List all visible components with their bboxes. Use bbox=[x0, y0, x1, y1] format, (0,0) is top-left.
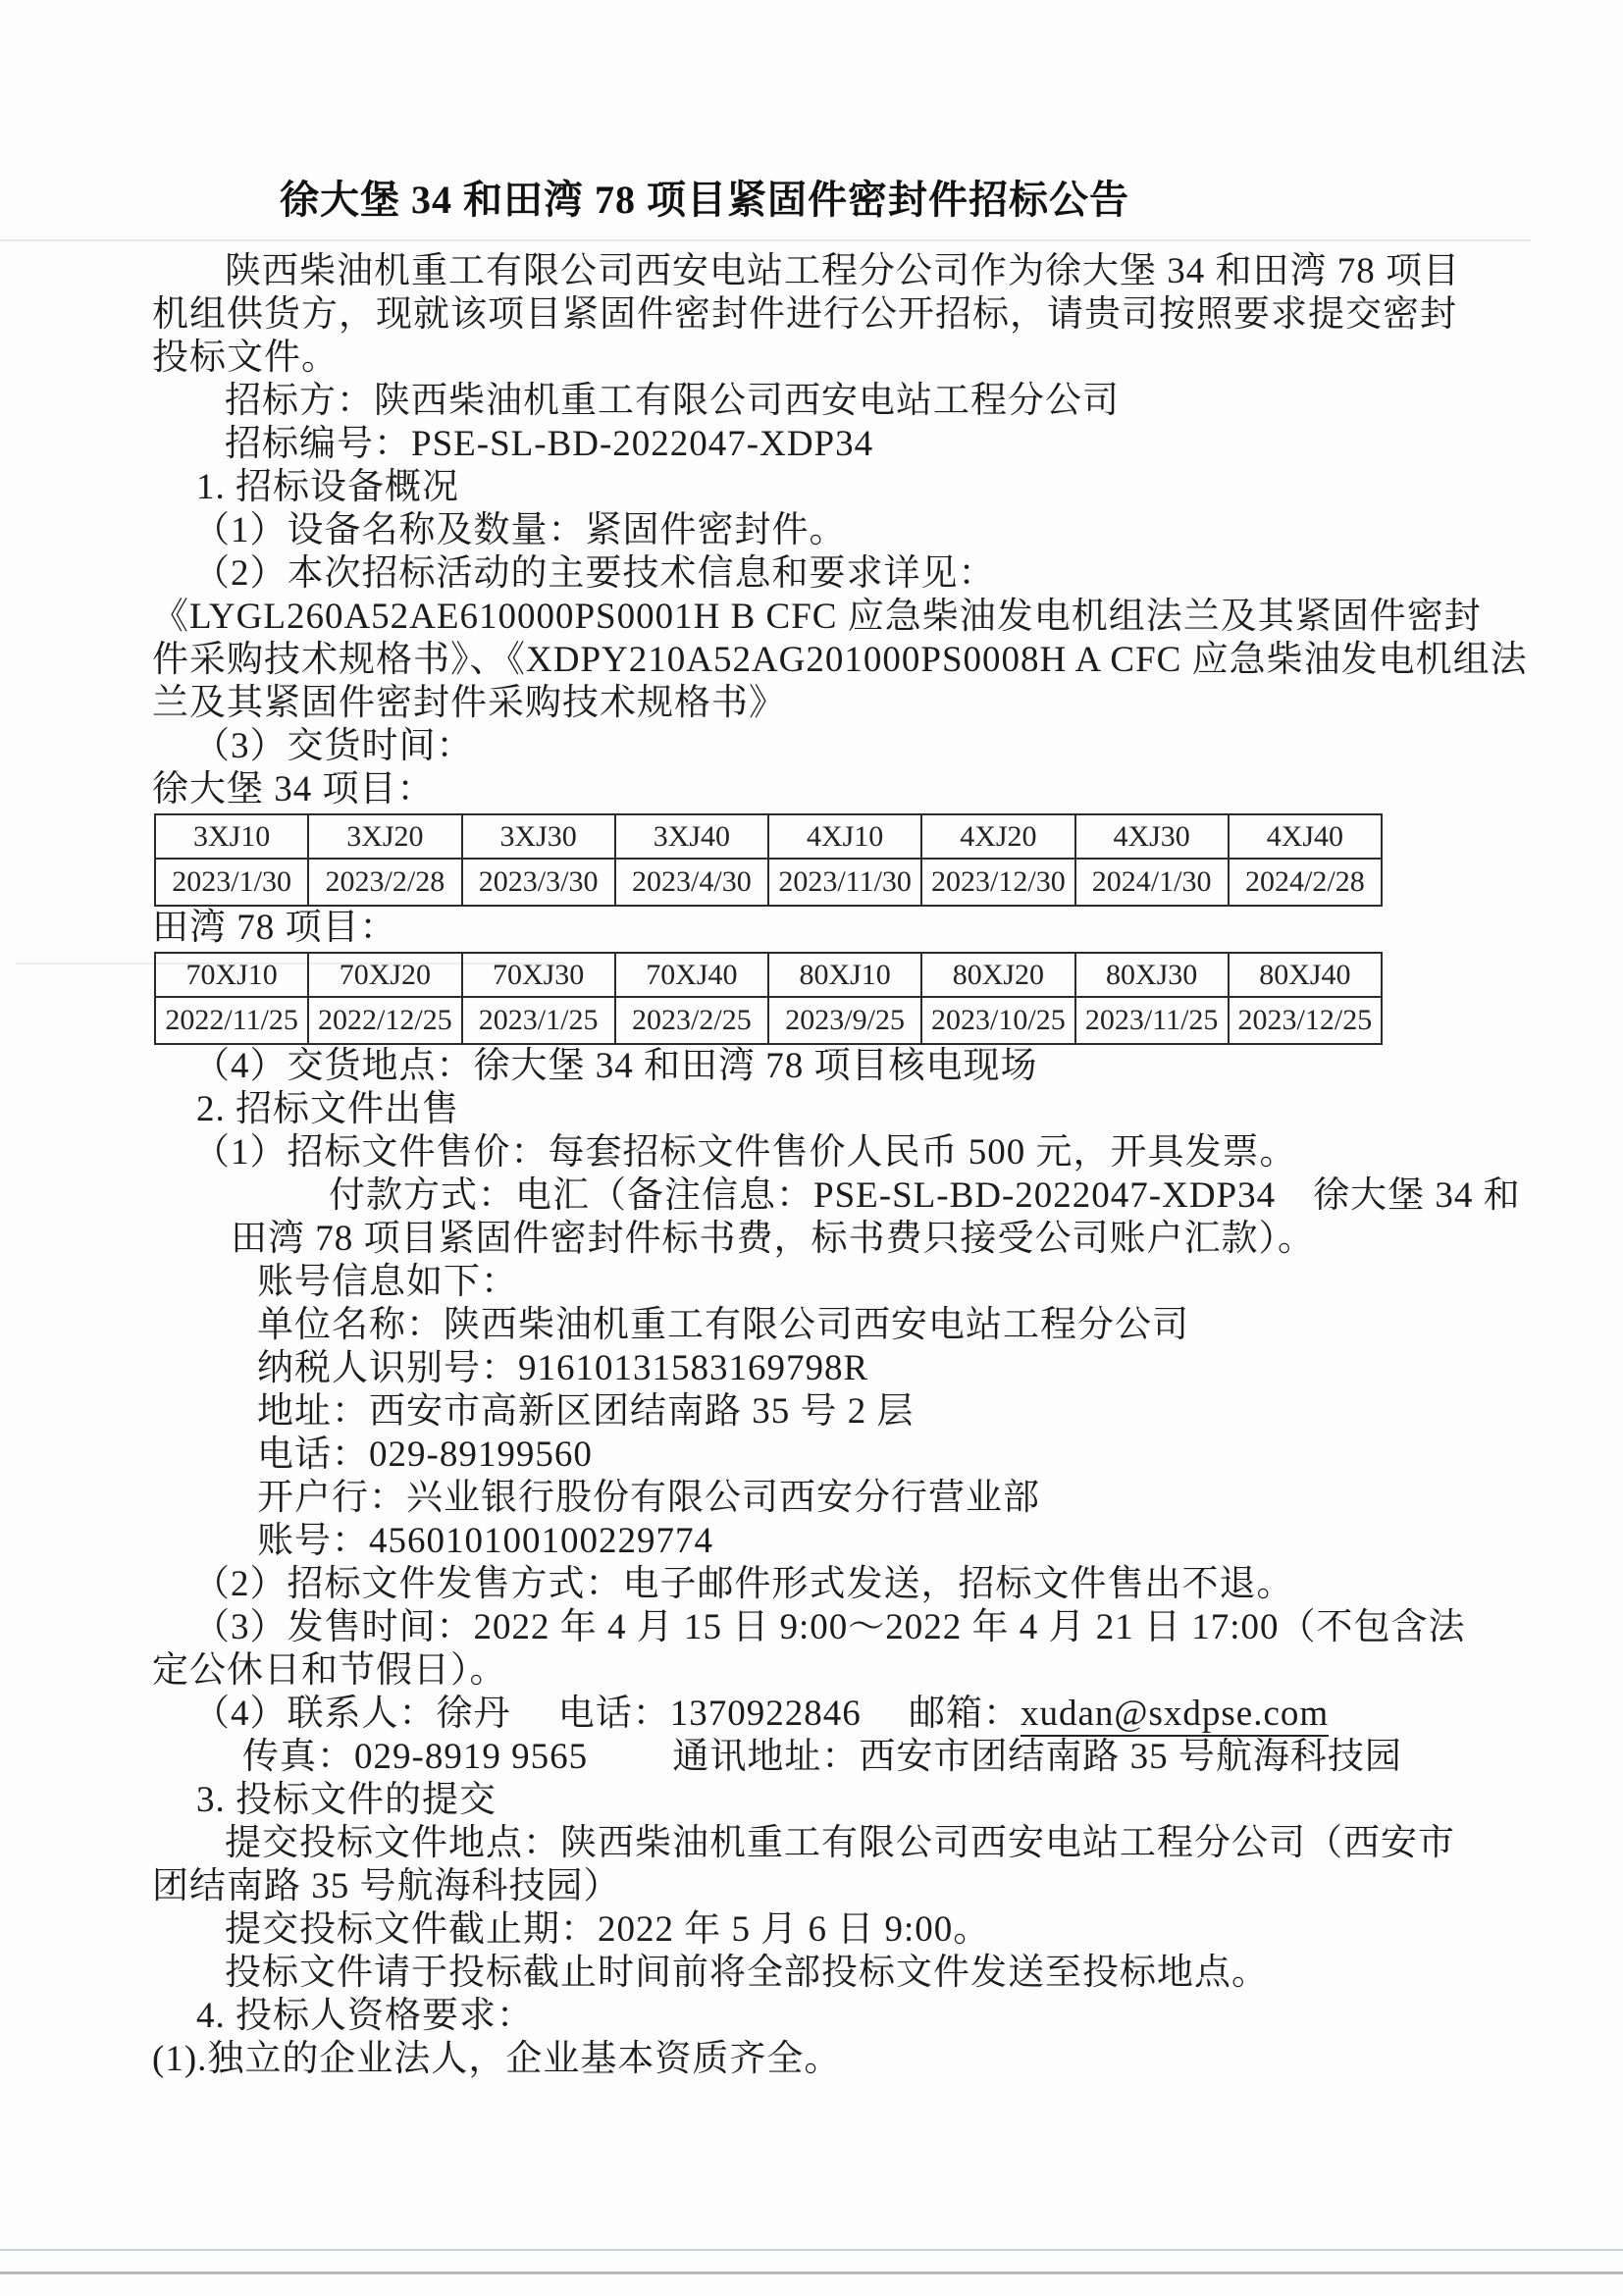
table-cell-unit: 3XJ10 bbox=[155, 814, 308, 859]
payment-method-line: 田湾 78 项目紧固件密封件标书费，标书费只接受公司账户汇款）。 bbox=[152, 1218, 1467, 1261]
table-cell-date: 2023/4/30 bbox=[615, 859, 768, 906]
section4-heading: 4. 投标人资格要求： bbox=[152, 1995, 1467, 2038]
table-cell-unit: 3XJ30 bbox=[462, 814, 615, 859]
table1-label: 徐大堡 34 项目： bbox=[152, 768, 1467, 811]
section3-heading: 3. 投标文件的提交 bbox=[152, 1779, 1467, 1822]
phone-line: 电话：029-89199560 bbox=[152, 1434, 1467, 1477]
document-content: 徐大堡 34 和田湾 78 项目紧固件密封件招标公告 陕西柴油机重工有限公司西安… bbox=[152, 169, 1467, 2081]
table-cell-date: 2023/2/25 bbox=[615, 997, 768, 1044]
table-cell-date: 2024/2/28 bbox=[1229, 859, 1382, 906]
table-cell-date: 2022/12/25 bbox=[308, 997, 461, 1044]
table-cell-unit: 70XJ20 bbox=[308, 953, 461, 997]
scan-artifact-line-bottom-blue bbox=[0, 2249, 1623, 2251]
company-name-line: 单位名称：陕西柴油机重工有限公司西安电站工程分公司 bbox=[152, 1304, 1467, 1347]
table-cell-unit: 70XJ30 bbox=[462, 953, 615, 997]
tax-id-line: 纳税人识别号：91610131583169798R bbox=[152, 1347, 1467, 1390]
section1-heading: 1. 招标设备概况 bbox=[152, 466, 1467, 509]
intro-paragraph-line: 投标文件。 bbox=[152, 337, 1467, 380]
table-cell-unit: 70XJ10 bbox=[155, 953, 308, 997]
table-cell-date: 2022/11/25 bbox=[155, 997, 308, 1044]
table-cell-unit: 4XJ40 bbox=[1229, 814, 1382, 859]
spec-doc-line: 《LYGL260A52AE610000PS0001H B CFC 应急柴油发电机… bbox=[152, 596, 1467, 639]
table-row-dates: 2023/1/30 2023/2/28 2023/3/30 2023/4/30 … bbox=[155, 859, 1382, 906]
table-cell-date: 2023/11/30 bbox=[768, 859, 921, 906]
table-cell-unit: 80XJ20 bbox=[921, 953, 1074, 997]
table-cell-date: 2023/9/25 bbox=[768, 997, 921, 1044]
payment-method-line: 付款方式：电汇（备注信息：PSE-SL-BD-2022047-XDP34 徐大堡… bbox=[152, 1174, 1467, 1218]
bank-line: 开户行：兴业银行股份有限公司西安分行营业部 bbox=[152, 1477, 1467, 1520]
contact-line: （4）联系人：徐丹 电话：1370922846 邮箱：xudan@sxdpse.… bbox=[152, 1693, 1467, 1736]
contact-email-link[interactable]: xudan@sxdpse.com bbox=[1021, 1694, 1329, 1737]
table-cell-unit: 80XJ30 bbox=[1075, 953, 1229, 997]
section4-item1: (1).独立的企业法人，企业基本资质齐全。 bbox=[152, 2038, 1467, 2081]
section1-item2: （2）本次招标活动的主要技术信息和要求详见： bbox=[152, 552, 1467, 596]
document-title: 徐大堡 34 和田湾 78 项目紧固件密封件招标公告 bbox=[280, 169, 1467, 225]
table-cell-date: 2024/1/30 bbox=[1075, 859, 1229, 906]
section1-item4: （4）交货地点：徐大堡 34 和田湾 78 项目核电现场 bbox=[152, 1045, 1467, 1088]
table-cell-unit: 70XJ40 bbox=[615, 953, 768, 997]
address-line: 地址：西安市高新区团结南路 35 号 2 层 bbox=[152, 1390, 1467, 1434]
submission-place-line: 团结南路 35 号航海科技园） bbox=[152, 1865, 1467, 1908]
section2-item1: （1）招标文件售价：每套招标文件售价人民币 500 元，开具发票。 bbox=[152, 1131, 1467, 1174]
section1-item1: （1）设备名称及数量：紧固件密封件。 bbox=[152, 509, 1467, 552]
section2-item3-continuation: 定公休日和节假日）。 bbox=[152, 1649, 1467, 1693]
table2-label: 田湾 78 项目： bbox=[152, 907, 1467, 950]
table-cell-unit: 4XJ10 bbox=[768, 814, 921, 859]
table-cell-unit: 4XJ20 bbox=[921, 814, 1074, 859]
account-info-intro: 账号信息如下： bbox=[152, 1261, 1467, 1304]
table-cell-unit: 80XJ40 bbox=[1229, 953, 1382, 997]
submission-note-line: 投标文件请于投标截止时间前将全部投标文件发送至投标地点。 bbox=[152, 1952, 1467, 1995]
section2-item3: （3）发售时间：2022 年 4 月 15 日 9:00～2022 年 4 月 … bbox=[152, 1606, 1467, 1649]
table-cell-unit: 3XJ40 bbox=[615, 814, 768, 859]
scanned-document-page: 徐大堡 34 和田湾 78 项目紧固件密封件招标公告 陕西柴油机重工有限公司西安… bbox=[0, 0, 1623, 2296]
tenderer-line: 招标方：陕西柴油机重工有限公司西安电站工程分公司 bbox=[152, 380, 1467, 423]
table-cell-date: 2023/11/25 bbox=[1075, 997, 1229, 1044]
intro-paragraph-line: 陕西柴油机重工有限公司西安电站工程分公司作为徐大堡 34 和田湾 78 项目 bbox=[152, 250, 1467, 293]
table-row-units: 3XJ10 3XJ20 3XJ30 3XJ40 4XJ10 4XJ20 4XJ3… bbox=[155, 814, 1382, 859]
section1-item3: （3）交货时间： bbox=[152, 725, 1467, 768]
spec-doc-line: 兰及其紧固件密封件采购技术规格书》 bbox=[152, 682, 1467, 725]
table-row-units: 70XJ10 70XJ20 70XJ30 70XJ40 80XJ10 80XJ2… bbox=[155, 953, 1382, 997]
table-cell-date: 2023/12/30 bbox=[921, 859, 1074, 906]
table-cell-date: 2023/10/25 bbox=[921, 997, 1074, 1044]
table-row-dates: 2022/11/25 2022/12/25 2023/1/25 2023/2/2… bbox=[155, 997, 1382, 1044]
delivery-schedule-table-tianwan78: 70XJ10 70XJ20 70XJ30 70XJ40 80XJ10 80XJ2… bbox=[154, 952, 1383, 1045]
delivery-schedule-table-xudabu34: 3XJ10 3XJ20 3XJ30 3XJ40 4XJ10 4XJ20 4XJ3… bbox=[154, 813, 1383, 907]
table-cell-date: 2023/12/25 bbox=[1229, 997, 1382, 1044]
section2-heading: 2. 招标文件出售 bbox=[152, 1088, 1467, 1131]
contact-prefix: （4）联系人：徐丹 电话：1370922846 邮箱： bbox=[193, 1694, 1021, 1734]
scan-artifact-line-bottom-gray bbox=[0, 2271, 1623, 2274]
spec-doc-line: 件采购技术规格书》、《XDPY210A52AG201000PS0008H A C… bbox=[152, 639, 1467, 682]
table-cell-date: 2023/1/30 bbox=[155, 859, 308, 906]
fax-line: 传真：029-8919 9565 通讯地址：西安市团结南路 35 号航海科技园 bbox=[152, 1736, 1467, 1779]
table-cell-unit: 3XJ20 bbox=[308, 814, 461, 859]
section2-item2: （2）招标文件发售方式：电子邮件形式发送，招标文件售出不退。 bbox=[152, 1563, 1467, 1606]
table-cell-date: 2023/3/30 bbox=[462, 859, 615, 906]
submission-place-line: 提交投标文件地点：陕西柴油机重工有限公司西安电站工程分公司（西安市 bbox=[152, 1822, 1467, 1865]
account-number-line: 账号：456010100100229774 bbox=[152, 1520, 1467, 1563]
table-cell-date: 2023/1/25 bbox=[462, 997, 615, 1044]
table-cell-unit: 4XJ30 bbox=[1075, 814, 1229, 859]
table-cell-unit: 80XJ10 bbox=[768, 953, 921, 997]
intro-paragraph-line: 机组供货方，现就该项目紧固件密封件进行公开招标，请贵司按照要求提交密封 bbox=[152, 293, 1467, 337]
submission-deadline-line: 提交投标文件截止期：2022 年 5 月 6 日 9:00。 bbox=[152, 1908, 1467, 1952]
tender-number-line: 招标编号：PSE-SL-BD-2022047-XDP34 bbox=[152, 423, 1467, 466]
table-cell-date: 2023/2/28 bbox=[308, 859, 461, 906]
